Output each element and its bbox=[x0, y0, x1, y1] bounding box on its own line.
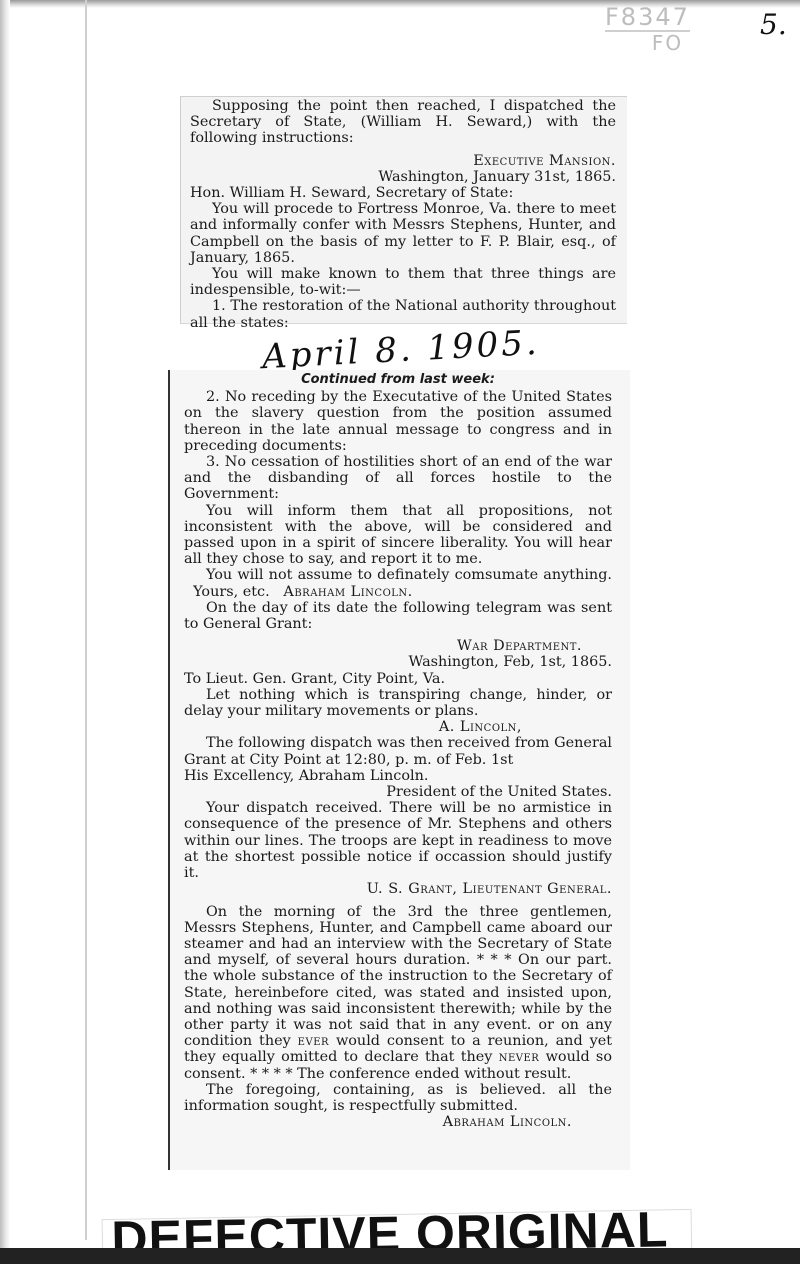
signature-lincoln-3: Abraham Lincoln. bbox=[184, 1114, 612, 1130]
assume-text: You will not assume to definately comsum… bbox=[206, 567, 612, 583]
morning-text-a: On the morning of the 3rd the three gent… bbox=[184, 904, 612, 1050]
address-president: President of the United States. bbox=[184, 784, 612, 800]
scan-edge-left bbox=[0, 0, 10, 1264]
word-never: never bbox=[499, 1049, 540, 1065]
word-ever: ever bbox=[298, 1033, 329, 1049]
signature-lincoln-2: A. Lincoln, bbox=[184, 719, 612, 735]
address-lincoln: His Excellency, Abraham Lincoln. bbox=[184, 768, 612, 784]
letterhead-war-department: War Department. bbox=[184, 638, 612, 654]
intro-paragraph: Supposing the point then reached, I disp… bbox=[190, 98, 616, 147]
letterhead-executive-mansion: Executive Mansion. bbox=[190, 153, 616, 169]
address-grant: To Lieut. Gen. Grant, City Point, Va. bbox=[184, 671, 612, 687]
archive-sub: FO bbox=[645, 32, 690, 54]
signature-lincoln-1: Abraham Lincoln. bbox=[283, 584, 412, 600]
instruction-item-2: 2. No receding by the Executative of the… bbox=[184, 389, 612, 454]
clipping-1: Supposing the point then reached, I disp… bbox=[190, 98, 616, 331]
assume-paragraph: You will not assume to definately comsum… bbox=[184, 567, 612, 599]
instruction-item-1: 1. The restoration of the National autho… bbox=[190, 298, 616, 330]
archive-mark: F8347 FO bbox=[605, 6, 690, 54]
inform-paragraph: You will inform them that all propositio… bbox=[184, 503, 612, 568]
page-number: 5. bbox=[760, 8, 787, 41]
telegram-paragraph: On the day of its date the following tel… bbox=[184, 600, 612, 632]
fold-line bbox=[85, 0, 87, 1240]
signature-grant: U. S. Grant, Lieutenant General. bbox=[184, 881, 612, 897]
archive-number: F8347 bbox=[605, 6, 690, 32]
dateline-jan: Washington, January 31st, 1865. bbox=[190, 169, 616, 185]
clipping-2: Continued from last week: 2. No receding… bbox=[184, 372, 612, 1130]
received-paragraph: Your dispatch received. There will be no… bbox=[184, 800, 612, 881]
signature-grant-text: U. S. Grant, Lieutenant General. bbox=[367, 881, 612, 897]
instruction-item-3: 3. No cessation of hostilities short of … bbox=[184, 454, 612, 503]
dispatch-paragraph: The following dispatch was then received… bbox=[184, 735, 612, 767]
salutation-seward: Hon. William H. Seward, Secretary of Sta… bbox=[190, 185, 616, 201]
scan-bottom-band bbox=[0, 1248, 800, 1264]
instruction-paragraph-1: You will procede to Fortress Monroe, Va.… bbox=[190, 201, 616, 266]
let-nothing-paragraph: Let nothing which is transpiring change,… bbox=[184, 687, 612, 719]
foregoing-paragraph: The foregoing, containing, as is believe… bbox=[184, 1082, 612, 1114]
morning-paragraph: On the morning of the 3rd the three gent… bbox=[184, 904, 612, 1082]
instruction-paragraph-2: You will make known to them that three t… bbox=[190, 266, 616, 298]
closing-text: Yours, etc. bbox=[193, 584, 270, 600]
dateline-feb: Washington, Feb, 1st, 1865. bbox=[184, 654, 612, 670]
continued-heading: Continued from last week: bbox=[184, 372, 612, 388]
